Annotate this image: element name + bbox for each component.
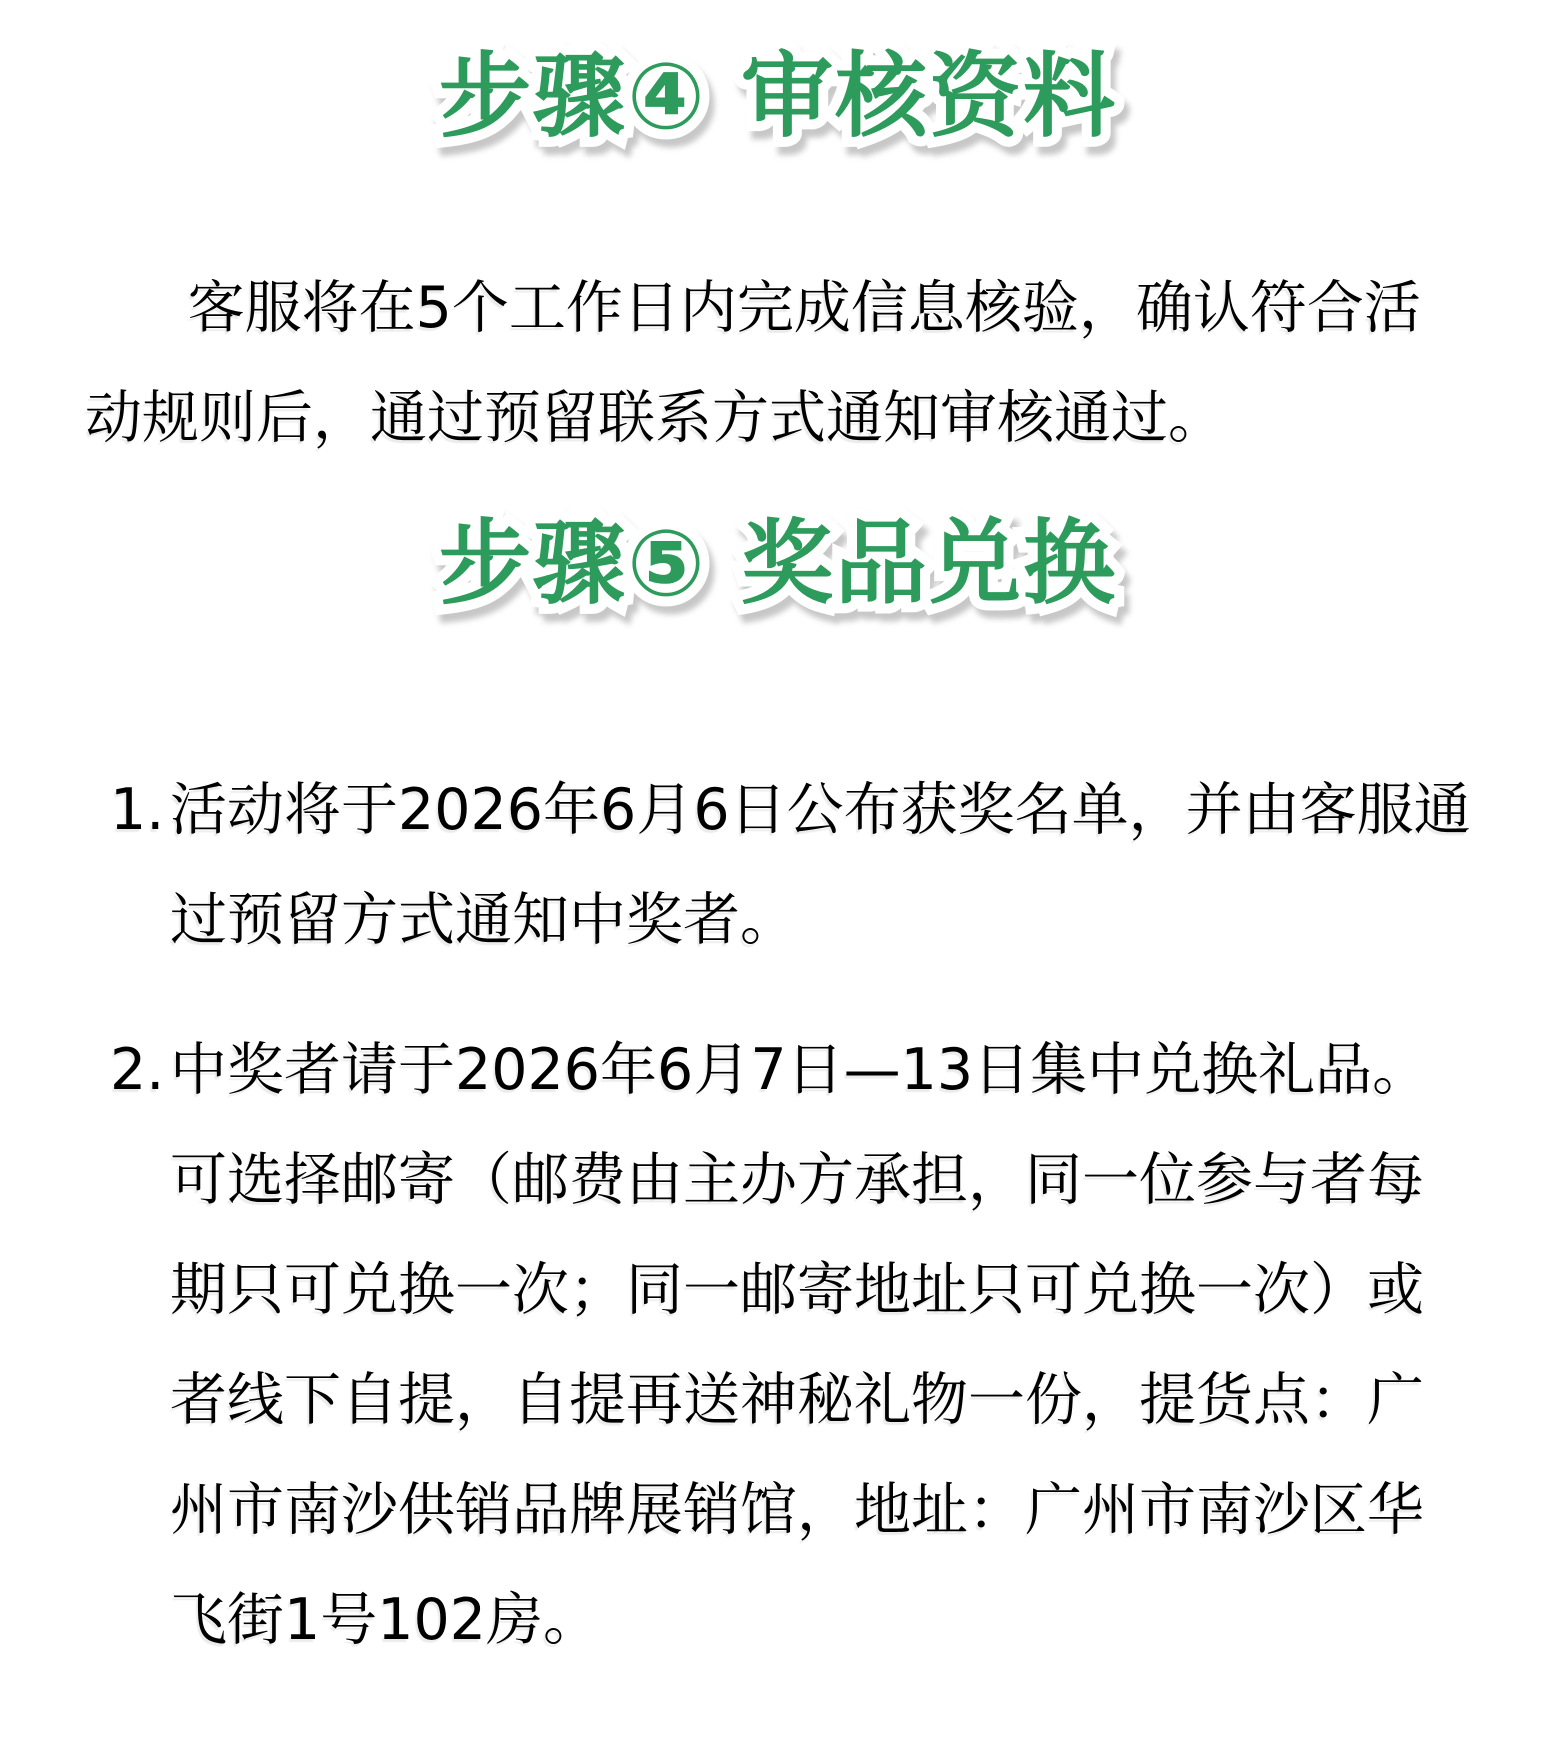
step5-heading-text: 步骤⑤ 奖品兑换	[85, 503, 1471, 625]
step4-section: 步骤④ 审核资料 步骤④ 审核资料 客服将在5个工作日内完成信息核验，确认符合活…	[85, 36, 1471, 473]
list-item-number: 2.	[110, 1015, 170, 1125]
list-item-text: 活动将于2026年6月6日公布获奖名单，并由客服通过预留方式通知中奖者。	[170, 755, 1471, 975]
step4-heading-text: 步骤④ 审核资料	[85, 36, 1471, 158]
step5-section: 步骤⑤ 奖品兑换 步骤⑤ 奖品兑换 1. 活动将于2026年6月6日公布获奖名单…	[85, 503, 1471, 1675]
step4-paragraph: 客服将在5个工作日内完成信息核验，确认符合活动规则后，通过预留联系方式通知审核通…	[85, 253, 1471, 473]
step4-heading: 步骤④ 审核资料 步骤④ 审核资料	[85, 36, 1471, 158]
step5-heading: 步骤⑤ 奖品兑换 步骤⑤ 奖品兑换	[85, 503, 1471, 625]
list-item-redemption: 2. 中奖者请于2026年6月7日—13日集中兑换礼品。可选择邮寄（邮费由主办方…	[110, 1015, 1471, 1675]
list-item-text: 中奖者请于2026年6月7日—13日集中兑换礼品。可选择邮寄（邮费由主办方承担，…	[170, 1015, 1471, 1675]
list-item-number: 1.	[110, 755, 170, 865]
step5-list: 1. 活动将于2026年6月6日公布获奖名单，并由客服通过预留方式通知中奖者。 …	[110, 755, 1471, 1675]
promo-rules-poster: 步骤④ 审核资料 步骤④ 审核资料 客服将在5个工作日内完成信息核验，确认符合活…	[0, 0, 1559, 1737]
list-item-announcement: 1. 活动将于2026年6月6日公布获奖名单，并由客服通过预留方式通知中奖者。	[110, 755, 1471, 975]
